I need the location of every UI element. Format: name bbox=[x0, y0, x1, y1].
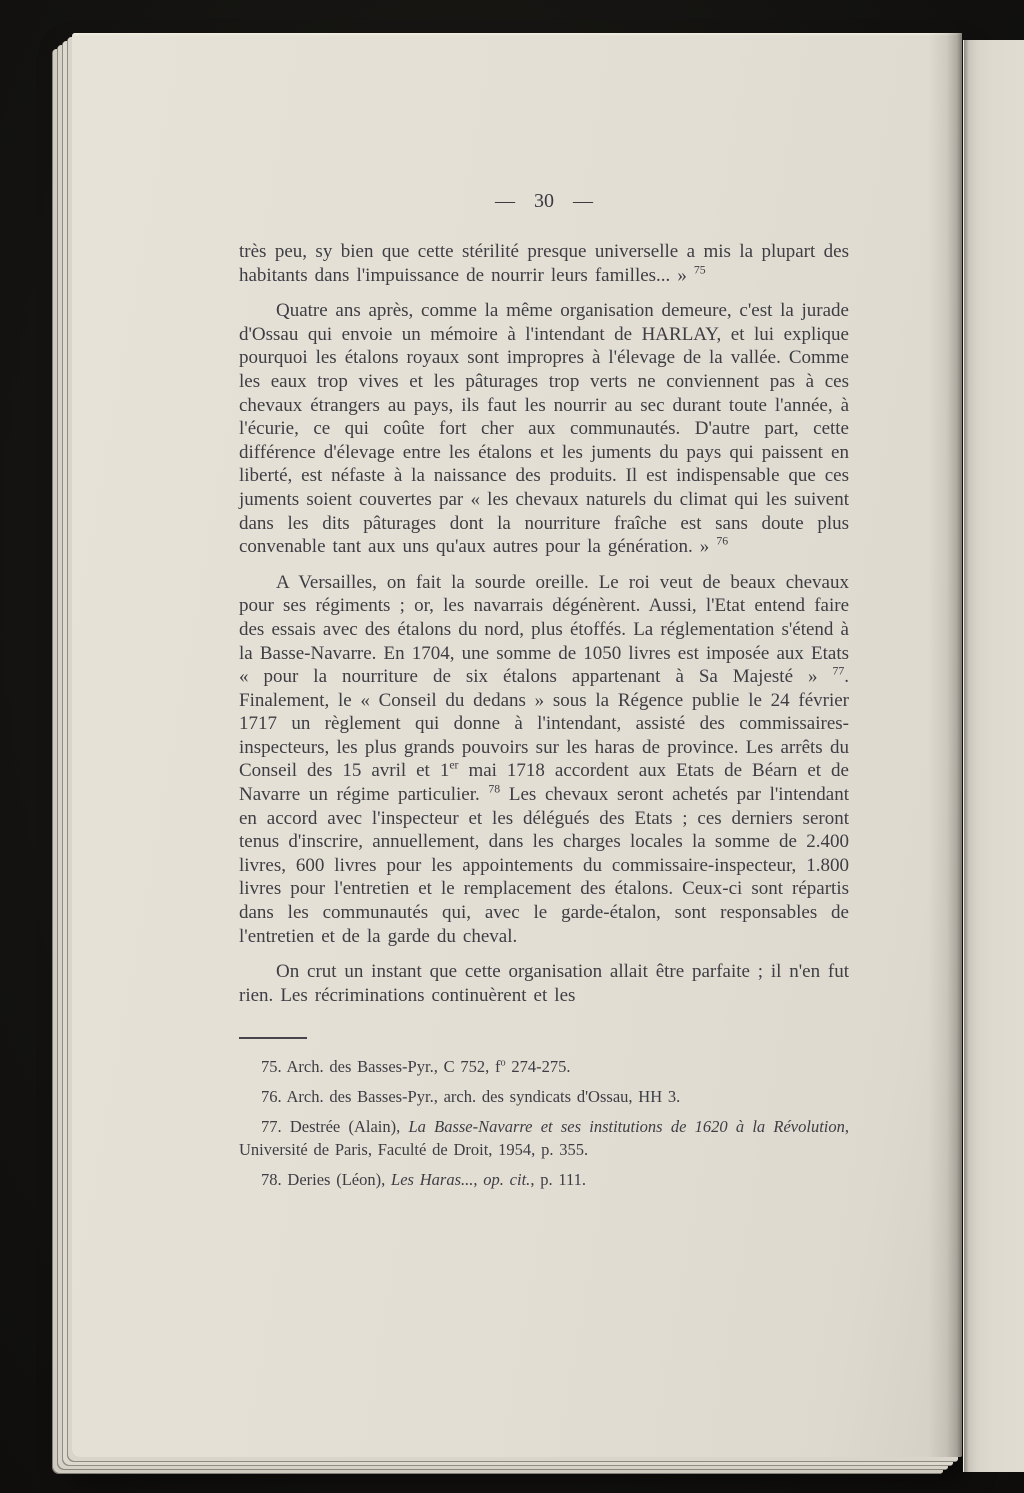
page-text-block: — 30 — très peu, sy bien que cette stéri… bbox=[239, 33, 849, 1198]
footnote: 75. Arch. des Basses-Pyr., C 752, fo 274… bbox=[239, 1055, 849, 1078]
footnote: 77. Destrée (Alain), La Basse-Navarre et… bbox=[239, 1115, 849, 1161]
footnote: 76. Arch. des Basses-Pyr., arch. des syn… bbox=[239, 1085, 849, 1108]
adjacent-page-edge bbox=[963, 40, 1024, 1472]
page-number: — 30 — bbox=[239, 189, 849, 213]
body-paragraph: Quatre ans après, comme la même organisa… bbox=[239, 299, 849, 559]
body-paragraph: A Versailles, on fait la sourde oreille.… bbox=[239, 571, 849, 949]
photo-background: — 30 — très peu, sy bien que cette stéri… bbox=[0, 0, 1024, 1493]
footnote-separator bbox=[239, 1037, 307, 1039]
footnote: 78. Deries (Léon), Les Haras..., op. cit… bbox=[239, 1168, 849, 1191]
gutter-shadow bbox=[928, 33, 962, 1457]
book-page: — 30 — très peu, sy bien que cette stéri… bbox=[72, 33, 962, 1457]
body-paragraph: On crut un instant que cette organisatio… bbox=[239, 960, 849, 1007]
body-paragraph: très peu, sy bien que cette stérilité pr… bbox=[239, 240, 849, 287]
